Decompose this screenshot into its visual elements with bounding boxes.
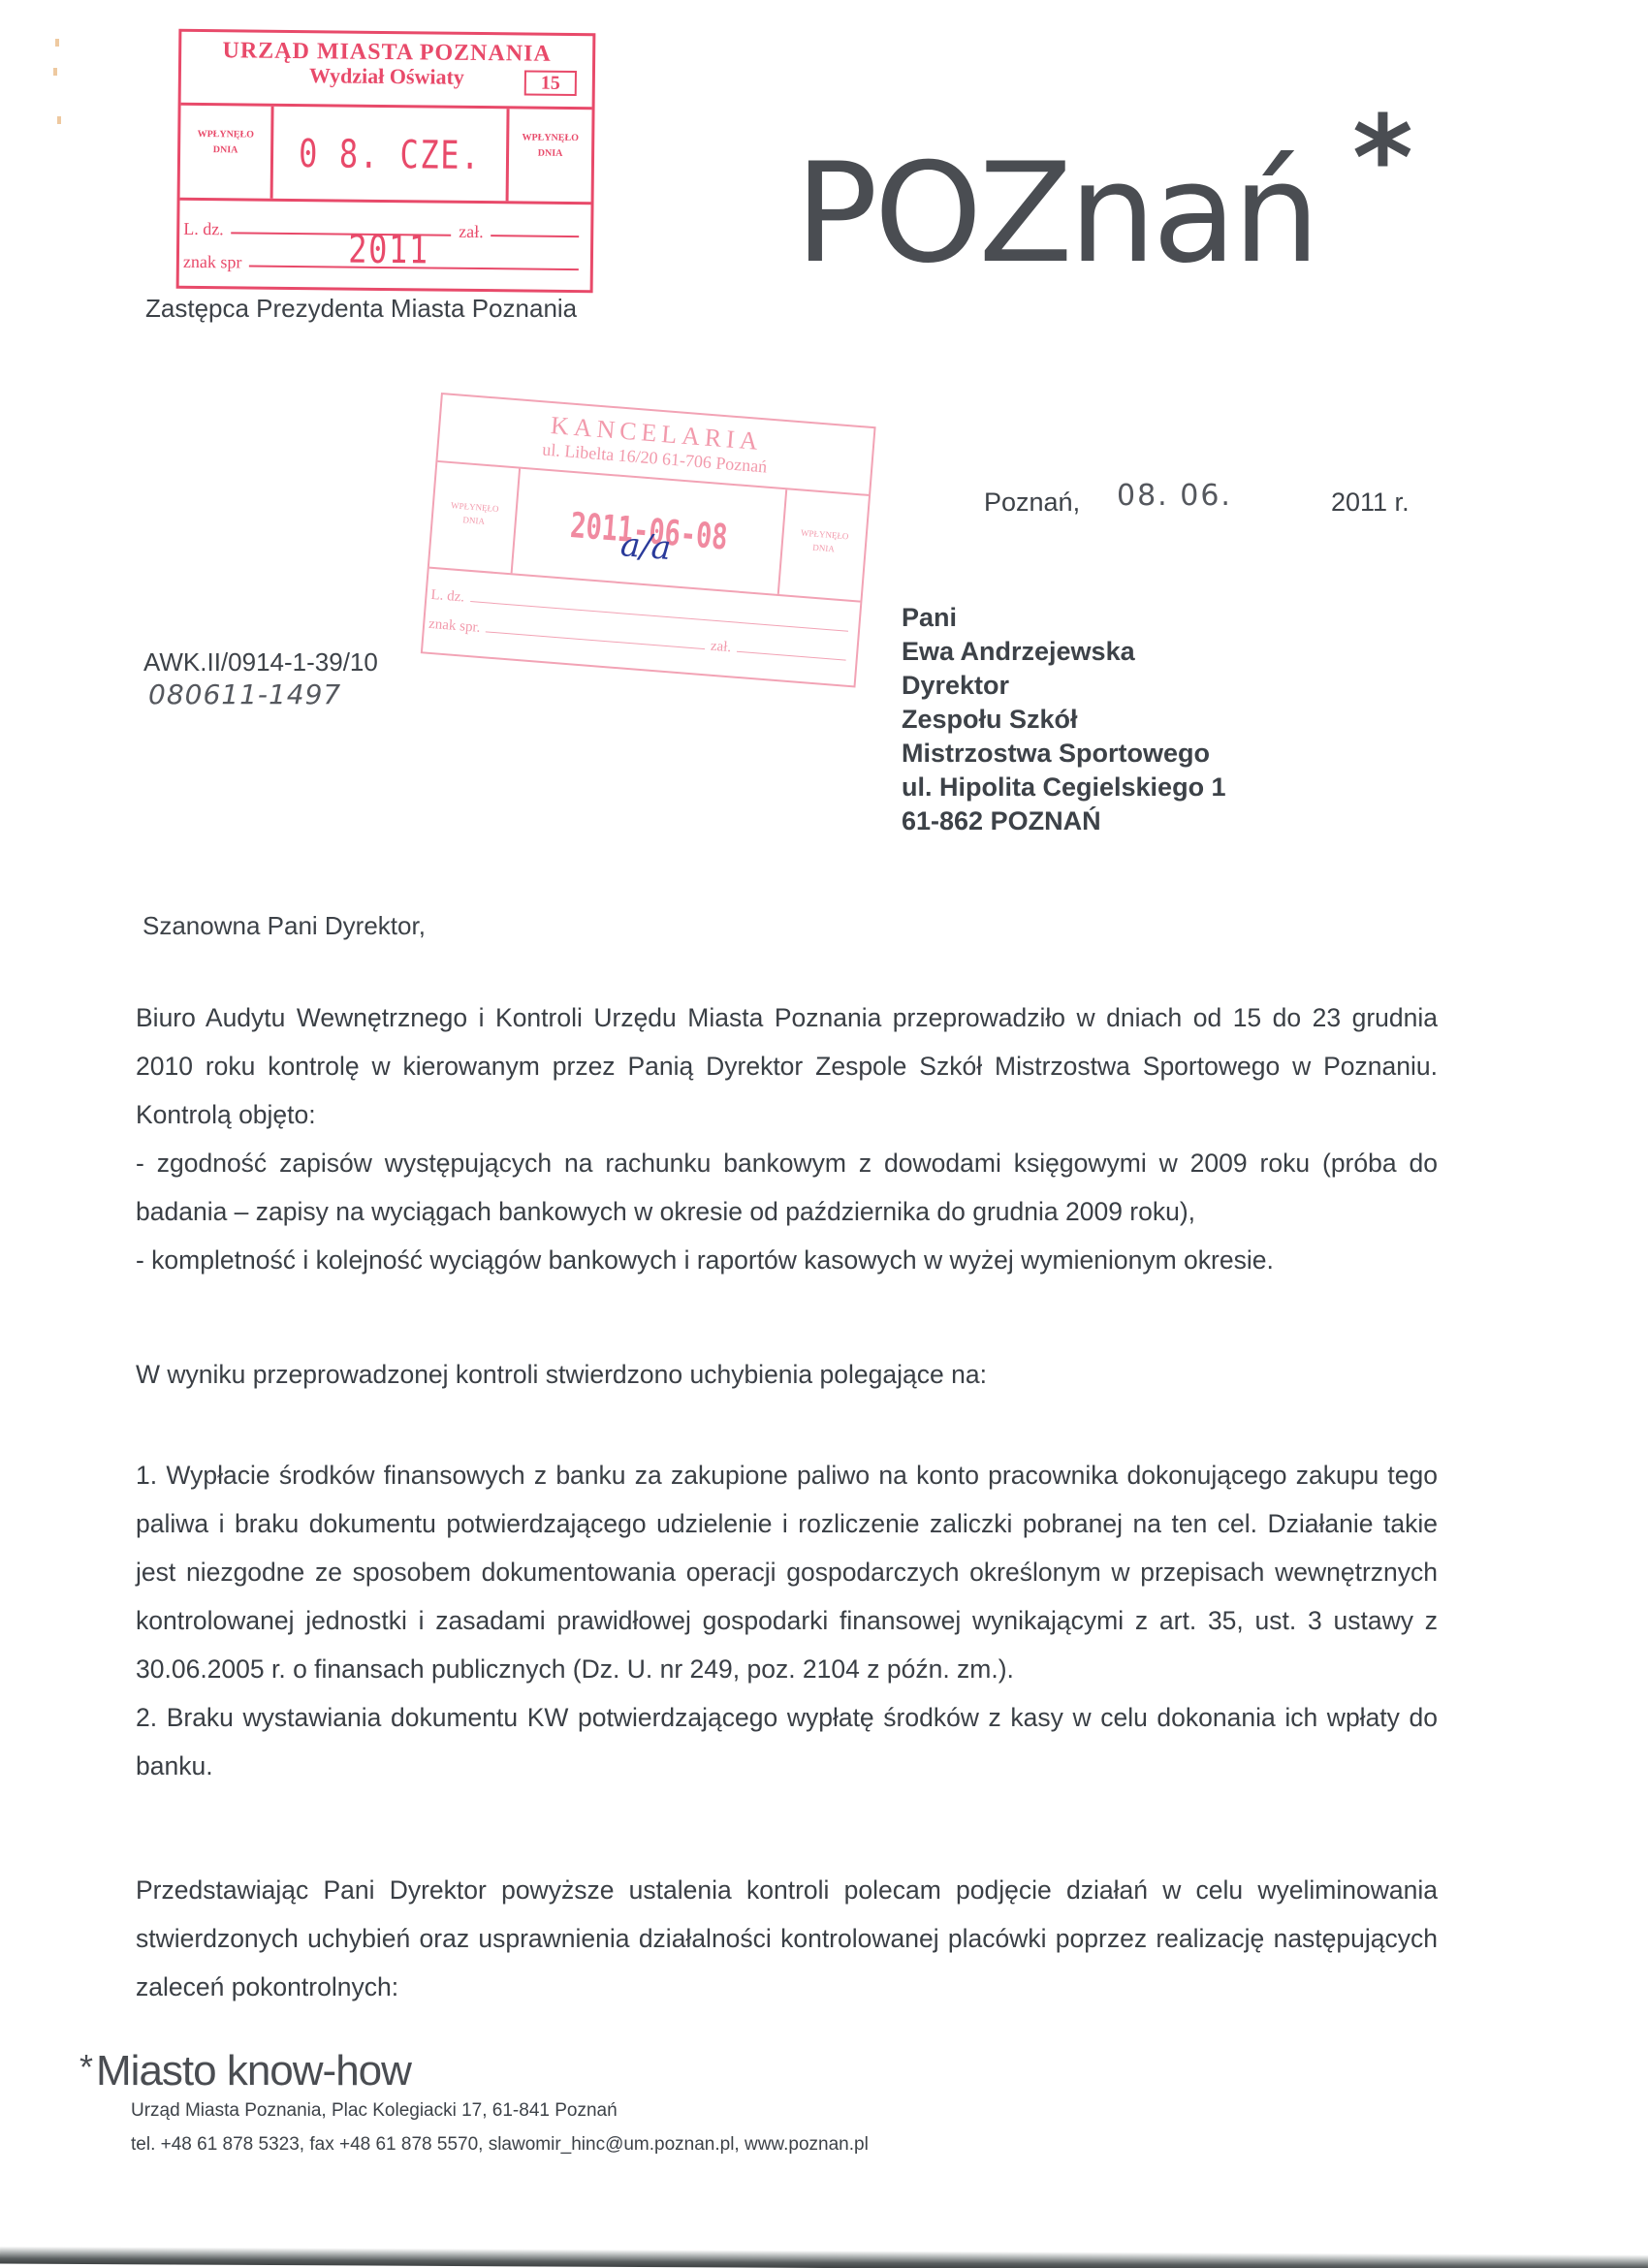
scope-item: - kompletność i kolejność wyciągów banko… bbox=[136, 1236, 1438, 1284]
footer-tagline: *Miasto know-how bbox=[79, 2047, 411, 2095]
stamp-received-label-right: WPŁYNĘŁO DNIA bbox=[506, 109, 592, 202]
day-label: DNIA bbox=[509, 145, 591, 162]
stamp-number: 15 bbox=[524, 70, 577, 96]
tagline-text: Miasto know-how bbox=[96, 2047, 411, 2095]
finding-item: 1. Wypłacie środków finansowych z banku … bbox=[136, 1451, 1438, 1693]
dateline-year: 2011 r. bbox=[1331, 488, 1410, 518]
recipient-line: Mistrzostwa Sportowego bbox=[902, 737, 1226, 771]
stamp-date-row: WPŁYNĘŁO DNIA 0 8. CZE. 2011 WPŁYNĘŁO DN… bbox=[180, 106, 592, 205]
recipient-line: ul. Hipolita Cegielskiego 1 bbox=[902, 771, 1226, 804]
stamp-received-label-right: WPŁYNĘŁO DNIA bbox=[777, 489, 869, 600]
findings-list: 1. Wypłacie środków finansowych z banku … bbox=[136, 1430, 1438, 1790]
stamp-received-label-left: WPŁYNĘŁO DNIA bbox=[180, 106, 274, 199]
znak-label: znak spr bbox=[183, 252, 242, 273]
handwritten-annotation: a/a bbox=[619, 525, 673, 568]
tagline-star-icon: * bbox=[79, 2047, 92, 2087]
day-label: DNIA bbox=[180, 142, 270, 159]
ldz-label: L. dz. bbox=[183, 219, 224, 239]
recipient-line: Dyrektor bbox=[902, 669, 1226, 703]
zal-label: zał. bbox=[459, 222, 484, 242]
poznan-logo: POZnań bbox=[795, 145, 1316, 283]
zal-line bbox=[491, 235, 580, 237]
stamp-date: 0 8. CZE. 2011 bbox=[297, 107, 484, 201]
sender-title: Zastępca Prezydenta Miasta Poznania bbox=[145, 294, 577, 324]
scan-edge bbox=[0, 2247, 1648, 2268]
scope-item: - zgodność zapisów występujących na rach… bbox=[136, 1139, 1438, 1236]
footer-address: Urząd Miasta Poznania, Plac Kolegiacki 1… bbox=[131, 2100, 618, 2122]
reference-number: AWK.II/0914-1-39/10 bbox=[143, 647, 378, 677]
znak-label: znak spr. bbox=[428, 616, 481, 637]
znak-line bbox=[486, 631, 705, 649]
recipient-line: 61-862 POZNAŃ bbox=[902, 804, 1226, 838]
incoming-stamp: URZĄD MIASTA POZNANIA Wydział Oświaty 15… bbox=[176, 29, 596, 293]
dateline-place: Poznań, bbox=[984, 488, 1080, 518]
zal-line bbox=[737, 651, 846, 661]
intro-paragraph: Biuro Audytu Wewnętrznego i Kontroli Urz… bbox=[136, 993, 1438, 1139]
stamp-header: URZĄD MIASTA POZNANIA Wydział Oświaty 15 bbox=[181, 32, 593, 110]
recipient-line: Zespołu Szkół bbox=[902, 703, 1226, 737]
stamp-title: URZĄD MIASTA POZNANIA bbox=[181, 32, 592, 68]
recipient-line: Pani bbox=[902, 601, 1226, 635]
findings-intro: W wyniku przeprowadzonej kontroli stwier… bbox=[136, 1350, 1438, 1399]
zal-label: zał. bbox=[710, 639, 732, 657]
received-label: WPŁYNĘŁO bbox=[509, 130, 591, 146]
ldz-label: L. dz. bbox=[430, 587, 465, 607]
recipient-address: Pani Ewa Andrzejewska Dyrektor Zespołu S… bbox=[902, 601, 1226, 838]
chancellery-stamp: KANCELARIA ul. Libelta 16/20 61-706 Pozn… bbox=[421, 393, 876, 687]
salutation: Szanowna Pani Dyrektor, bbox=[143, 911, 426, 941]
finding-item: 2. Braku wystawiania dokumentu KW potwie… bbox=[136, 1693, 1438, 1790]
reference-handwritten: 080611-1497 bbox=[148, 678, 341, 710]
footer-contact: tel. +48 61 878 5323, fax +48 61 878 557… bbox=[131, 2134, 869, 2156]
intro-section: Biuro Audytu Wewnętrznego i Kontroli Urz… bbox=[136, 993, 1438, 1284]
logo-star-icon: * bbox=[1352, 102, 1413, 218]
closing-paragraph: Przedstawiając Pani Dyrektor powyższe us… bbox=[136, 1866, 1438, 2011]
received-label: WPŁYNĘŁO bbox=[180, 127, 270, 143]
recipient-line: Ewa Andrzejewska bbox=[902, 635, 1226, 669]
scan-specks bbox=[53, 29, 67, 126]
dateline-handwritten-date: 08. 06. bbox=[1117, 479, 1232, 513]
stamp-received-label-left: WPŁYNĘŁO DNIA bbox=[429, 462, 521, 573]
